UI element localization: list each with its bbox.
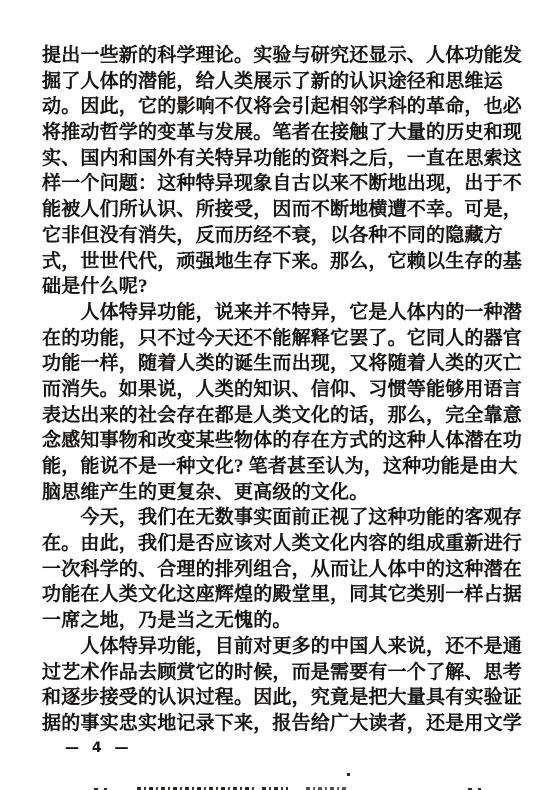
text-line: 能，能说不是一种文化? 笔者甚至认为，这种功能是由大 [42,454,522,480]
text-line: 一席之地，乃是当之无愧的。 [42,608,522,634]
text-line: 功能在人类文化这座辉煌的殿堂里，同其它类别一样占据 [42,582,522,608]
text-line: 在。由此，我们是否应该对人类文化内容的组成重新进行 [42,531,522,557]
text-line: 动。因此，它的影响不仅将会引起相邻学科的革命，也必 [42,94,522,120]
text-line: 它非但没有消失，反而历经不衰，以各种不同的隐藏方 [42,223,522,249]
text-line: 脑思维产生的更复杂、更高级的文化。 [42,480,522,506]
text-line: 在的功能，只不过今天还不能解释它罢了。它同人的器官 [42,326,522,352]
text-line: 功能一样，随着人类的诞生而出现，又将随着人类的灭亡 [42,351,522,377]
text-line: 和逐步接受的认识过程。因此，究竟是把大量具有实验证 [42,685,522,711]
text-line: 实、国内和国外有关特异功能的资料之后，一直在思索这 [42,146,522,172]
text-line: 而消失。如果说，人类的知识、信仰、习惯等能够用语言 [42,377,522,403]
text-line: 掘了人体的潜能，给人类展示了新的认识途径和思维运 [42,69,522,95]
scan-speck [347,773,350,776]
text-line: 提出一些新的科学理论。实验与研究还显示、人体功能发 [42,43,522,69]
text-line: 将推动哲学的变革与发展。笔者在接触了大量的历史和现 [42,120,522,146]
text-line: 据的事实忠实地记录下来，报告给广大读者，还是用文学 [42,711,522,737]
page-number: — 4 — [65,740,133,756]
body-text: 提出一些新的科学理论。实验与研究还显示、人体功能发掘了人体的潜能，给人类展示了新… [42,43,522,737]
text-line: 人体特异功能，目前对更多的中国人来说，还不是通 [42,634,522,660]
text-line: 人体特异功能，说来并不特异，它是人体内的一种潜 [42,300,522,326]
text-line: 过艺术作品去顾赏它的时候，而是需要有一个了解、思考 [42,660,522,686]
text-line: 能被人们所认识、所接受，因而不断地横遭不幸。可是， [42,197,522,223]
text-line: 今天，我们在无数事实面前正视了这种功能的客观存 [42,505,522,531]
text-line: 念感知事物和改变某些物体的存在方式的这种人体潜在功 [42,428,522,454]
text-line: 样一个问题：这种特异现象自古以来不断地出现，出于不 [42,171,522,197]
text-line: 一次科学的、合理的排列组合，从而让人体中的这种潜在 [42,557,522,583]
text-line: 式，世世代代，顽强地生存下来。那么，它赖以生存的基 [42,249,522,275]
text-line: 础是什么呢? [42,274,522,300]
text-line: 表达出来的社会存在都是人类文化的话，那么，完全靠意 [42,403,522,429]
book-page: 提出一些新的科学理论。实验与研究还显示、人体功能发掘了人体的潜能，给人类展示了新… [0,0,551,790]
